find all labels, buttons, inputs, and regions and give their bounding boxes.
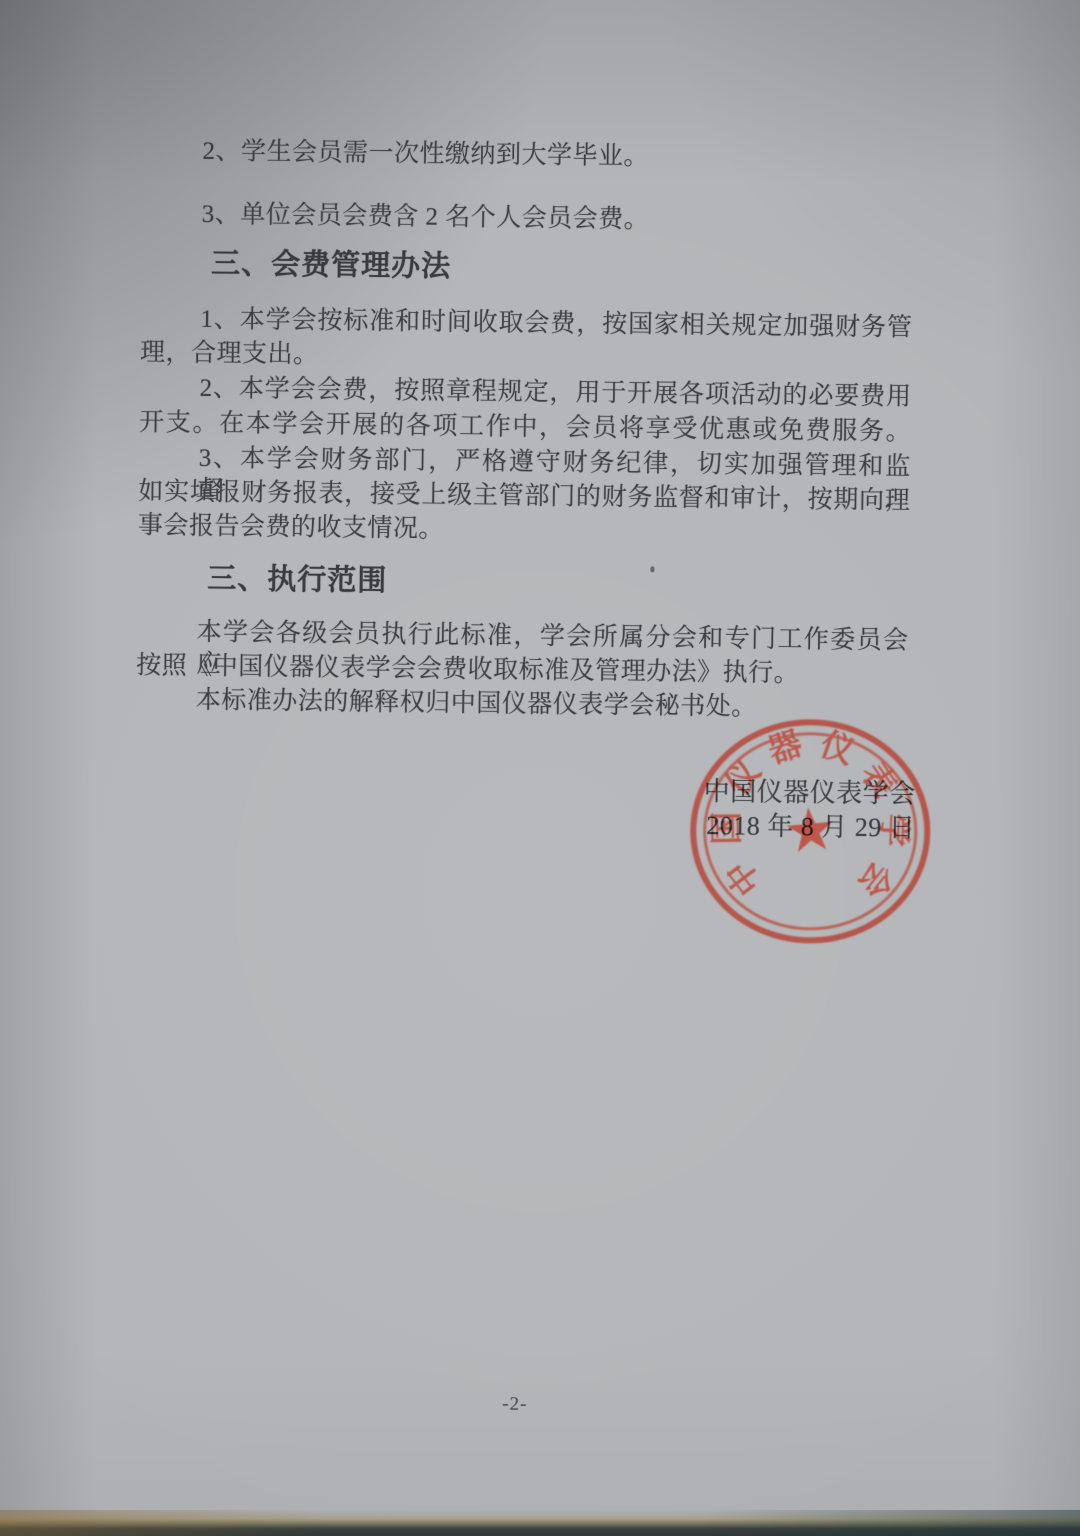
doc-line: 2、学生会员需一次性缴纳到大学毕业。 <box>142 135 914 176</box>
stamp-arc-char: 中 <box>713 852 770 907</box>
doc-line: 3、单位会员会费含 2 名个人会员会费。 <box>142 198 914 239</box>
stamp-arc-char: 学 <box>872 813 920 848</box>
doc-line: 2、本学会会费，按照章程规定，用于开展各项活动的必要费用 <box>139 372 911 413</box>
doc-line: 事会报告会费的收支情况。 <box>138 510 910 551</box>
section-heading-fee-management: 三、会费管理办法 <box>141 247 913 288</box>
section-heading-execution-scope: 三、执行范围 <box>137 562 909 603</box>
stamp-arc-char: 仪 <box>712 750 769 804</box>
doc-line: 开支。在本学会开展的各项工作中，会员将享受优惠或免费服务。 <box>139 407 911 448</box>
stamp-arc-char: 器 <box>761 718 807 773</box>
paper-speck <box>650 566 654 572</box>
photographed-document-page: 2、学生会员需一次性缴纳到大学毕业。 3、单位会员会费含 2 名个人会员会费。 … <box>0 0 1080 1536</box>
page-number: -2- <box>502 1394 527 1416</box>
document-content: 2、学生会员需一次性缴纳到大学毕业。 3、单位会员会费含 2 名个人会员会费。 … <box>0 0 1080 1536</box>
stamp-arc-char: 表 <box>852 752 909 806</box>
official-seal: ★ 中国仪器仪表学会 <box>658 679 962 983</box>
paper-bottom-edge <box>0 1510 1080 1536</box>
stamp-arc: 中国仪器仪表学会 <box>658 679 962 983</box>
stamp-arc-char: 仪 <box>815 718 861 773</box>
stamp-arc-char: 国 <box>701 812 748 846</box>
stamp-arc-char: 会 <box>849 853 906 908</box>
doc-line: 理，合理支出。 <box>140 337 912 378</box>
